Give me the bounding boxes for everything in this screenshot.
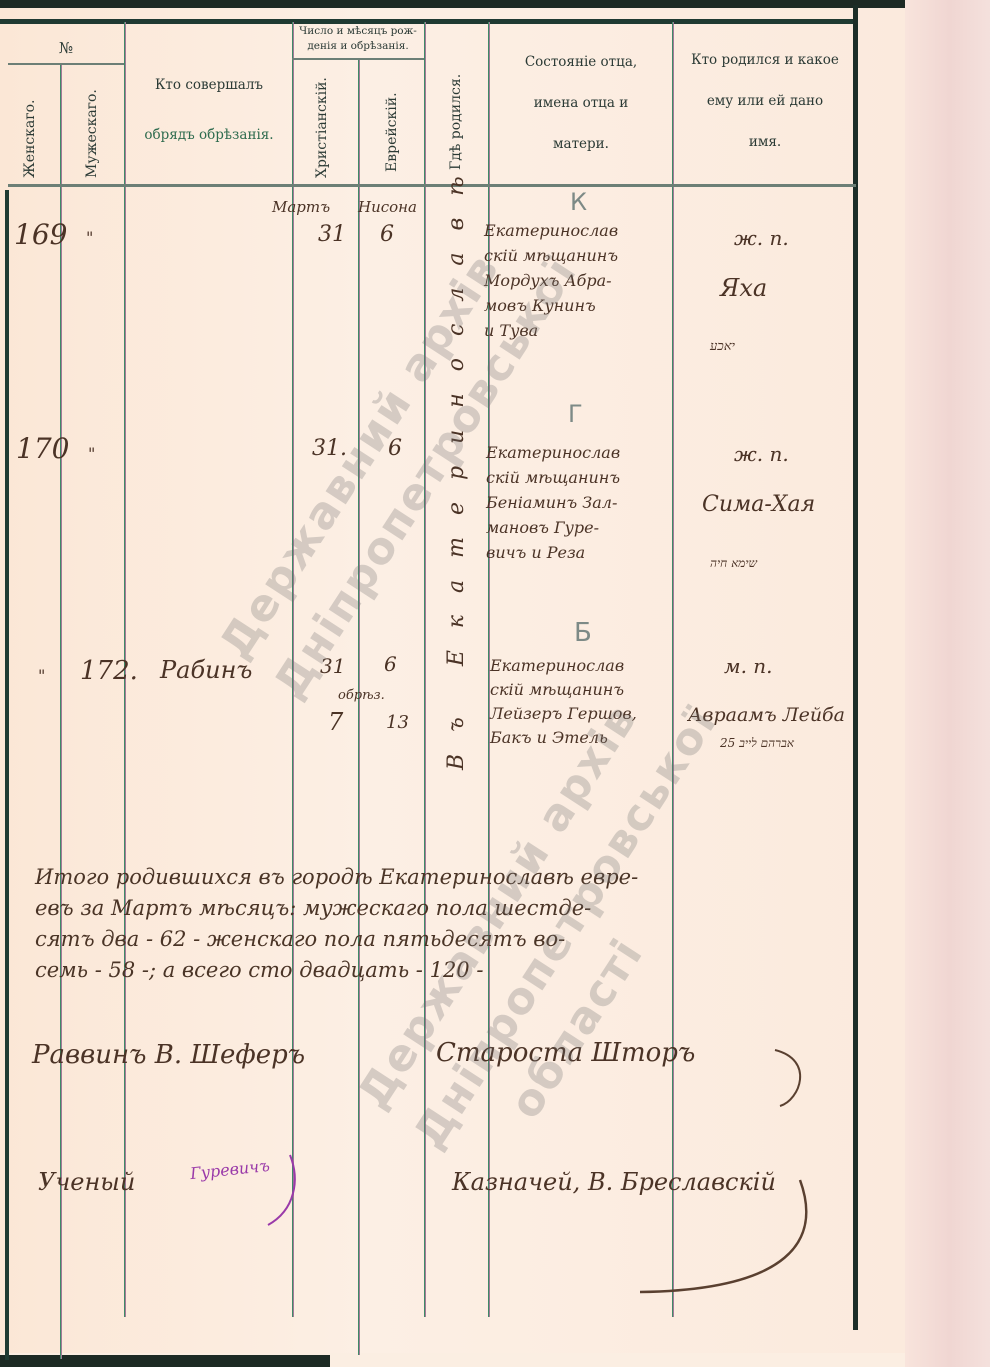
signature-flourishes bbox=[0, 0, 1000, 1367]
